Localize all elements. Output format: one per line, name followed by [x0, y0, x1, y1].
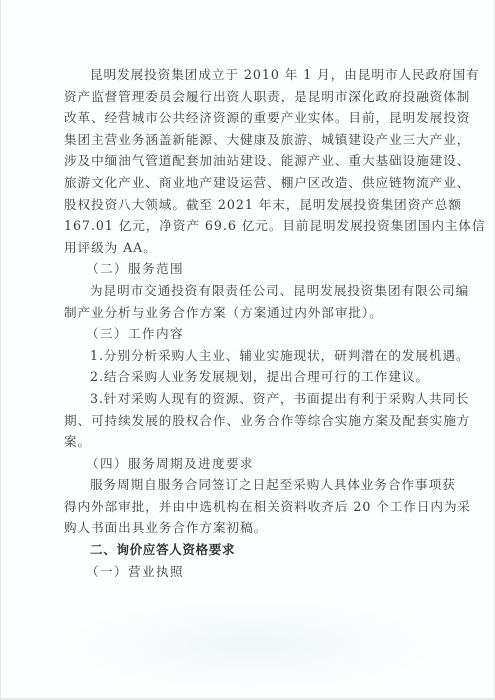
scan-tint [61, 600, 441, 690]
section-subheading-service-scope: （二）服务范围 [64, 258, 416, 280]
paragraph-line: 旅游文化产业、商业地产建设运营、棚户区改造、供应链物流产业、 [64, 172, 416, 194]
paragraph-line: 购人书面出具业务合作方案初稿。 [64, 517, 416, 539]
paragraph-line: 股权投资八大领域。截至 2021 年末，昆明发展投资集团资产总额 [64, 194, 416, 216]
paragraph-line: 制产业分析与业务合作方案（方案通过内外部审批）。 [64, 302, 416, 324]
paragraph-line: 改革、经营城市公共经济资源的重要产业实体。目前，昆明发展投资 [64, 107, 416, 129]
paragraph-line: 资产监督管理委员会履行出资人职责，是昆明市深化政府投融资体制 [64, 86, 416, 108]
section-heading-qualification: 二、询价应答人资格要求 [64, 539, 416, 561]
paragraph-line: 集团主营业务涵盖新能源、大健康及旅游、城镇建设产业三大产业， [64, 129, 416, 151]
paragraph-line: 服务周期自服务合同签订之日起至采购人具体业务合作事项获 [64, 474, 416, 496]
paragraph-line: 用评级为 AA。 [64, 237, 416, 259]
paragraph-line: 涉及中缅油气管道配套加油站建设、能源产业、重大基础设施建设、 [64, 150, 416, 172]
list-item: 2.结合采购人业务发展规划，提出合理可行的工作建议。 [64, 366, 416, 388]
document-body: 昆明发展投资集团成立于 2010 年 1 月，由昆明市人民政府国有 资产监督管理… [64, 64, 416, 582]
section-subheading-business-license: （一）营业执照 [64, 561, 416, 583]
list-item: 3.针对采购人现有的资源、资产，书面提出有利于采购人共同长 [64, 388, 416, 410]
document-page: 昆明发展投资集团成立于 2010 年 1 月，由昆明市人民政府国有 资产监督管理… [0, 0, 495, 700]
section-subheading-work-content: （三）工作内容 [64, 323, 416, 345]
list-item: 1.分别分析采购人主业、辅业实施现状，研判潜在的发展机遇。 [64, 345, 416, 367]
paragraph-line: 167.01 亿元，净资产 69.6 亿元。目前昆明发展投资集团国内主体信 [64, 215, 416, 237]
section-subheading-service-period: （四）服务周期及进度要求 [64, 453, 416, 475]
paragraph-line: 得内外部审批，并由中选机构在相关资料收齐后 20 个工作日内为采 [64, 496, 416, 518]
paragraph-line: 为昆明市交通投资有限责任公司、昆明发展投资集团有限公司编 [64, 280, 416, 302]
paragraph-line: 案。 [64, 431, 416, 453]
paragraph-line: 昆明发展投资集团成立于 2010 年 1 月，由昆明市人民政府国有 [64, 64, 416, 86]
paragraph-line: 期、可持续发展的股权合作、业务合作等综合实施方案及配套实施方 [64, 410, 416, 432]
